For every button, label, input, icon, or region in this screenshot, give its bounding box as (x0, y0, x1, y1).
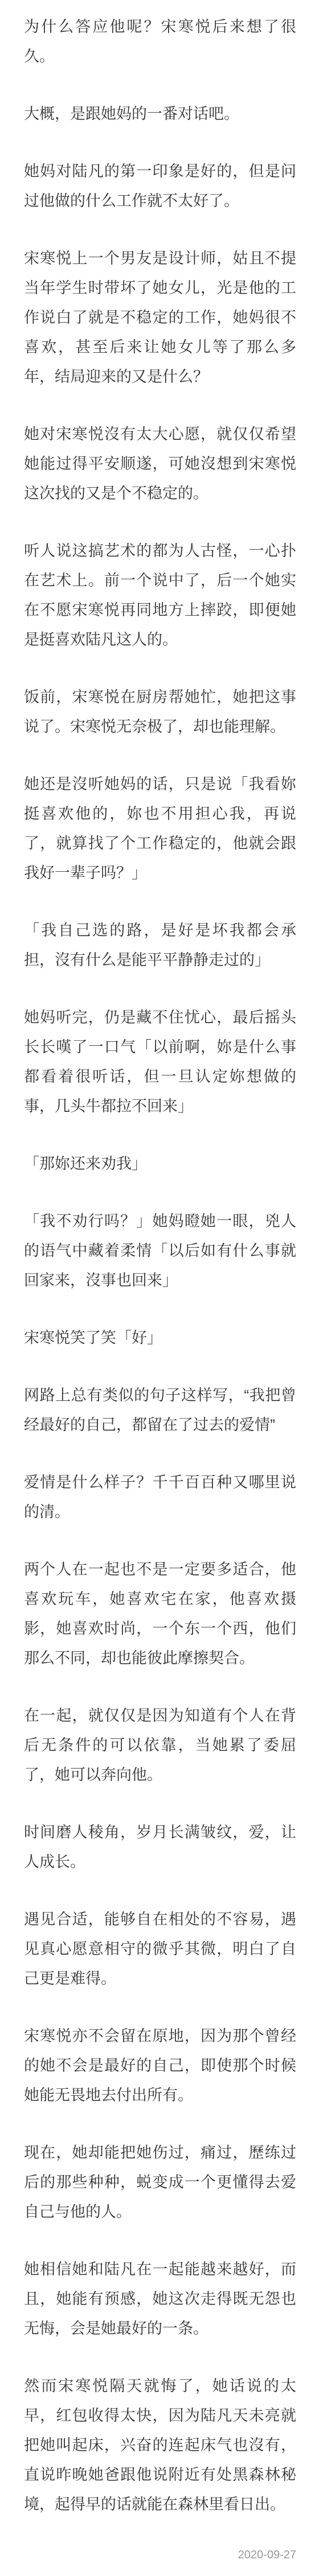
paragraph: 现在，她却能把她伤过，痛过，歷练过后的那些种种，蜕变成一个更懂得去爱自己与他的人… (24, 2138, 296, 2227)
paragraph: 为什么答应他呢？宋寒悦后来想了很久。 (24, 12, 296, 71)
paragraph: 她相信她和陆凡在一起能越来越好，而且，她能有预感，她这次走得既无怨也无悔，会是她… (24, 2254, 296, 2343)
paragraph: 她对宋寒悦沒有太大心愿，就仅仅希望她能过得平安顺遂，可她沒想到宋寒悦这次找的又是… (24, 419, 296, 508)
paragraph: 宋寒悦上一个男友是设计师，姑且不提当年学生时带坏了她女儿，光是他的工作说白了就是… (24, 244, 296, 391)
paragraph: 宋寒悦笑了笑「好」 (24, 1323, 296, 1353)
paragraph: 爱情是什么样子？千千百百种又哪里说的清。 (24, 1468, 296, 1527)
paragraph: 听人说这搞艺术的都为人古怪，一心扑在艺术上。前一个说中了，后一个她实在不愿宋寒悦… (24, 536, 296, 654)
paragraph: 然而宋寒悦隔天就悔了，她话说的太早，红包收得太快，因为陆凡天未亮就把她叫起床，兴… (24, 2371, 296, 2519)
paragraph: 网路上总有类似的句子这样写，“我把曾经最好的自己，都留在了过去的爱情” (24, 1380, 296, 1440)
paragraph: 她还是沒听她妈的话，只是说「我看妳挺喜欢他的，妳也不用担心我，再说了，就算找了个… (24, 769, 296, 888)
paragraph-dialogue: 「我不劝行吗？」她妈瞪她一眼，兇人的语气中藏着柔情「以后如有什么事就回家来，沒事… (24, 1206, 296, 1295)
paragraph: 饭前，宋寒悦在厨房帮她忙，她把这事说了。宋寒悦无奈极了，却也能理解。 (24, 682, 296, 741)
paragraph: 她妈听完，仍是藏不住忧心，最后摇头长长嘆了一口气「以前啊，妳是什么事都看着很听话… (24, 1003, 296, 1121)
paragraph-dialogue: 「我自己选的路，是好是坏我都会承担，沒有什么是能平平静静走过的」 (24, 916, 296, 975)
publish-date: 2020-09-27 (24, 2547, 296, 2563)
article-body: 为什么答应他呢？宋寒悦后来想了很久。 大概，是跟她妈的一番对话吧。 她妈对陆凡的… (24, 12, 296, 2563)
paragraph: 时间磨人稜角，岁月长满皱纹，爱，让人成长。 (24, 1817, 296, 1877)
paragraph: 宋寒悦亦不会留在原地，因为那个曾经的她不会是最好的自己，即使那个时候她能无畏地去… (24, 2021, 296, 2110)
paragraph-dialogue: 「那妳还来劝我」 (24, 1149, 296, 1178)
reader-page: 为什么答应他呢？宋寒悦后来想了很久。 大概，是跟她妈的一番对话吧。 她妈对陆凡的… (0, 0, 319, 2576)
paragraph: 她妈对陆凡的第一印象是好的，但是问过他做的什么工作就不太好了。 (24, 156, 296, 216)
paragraph: 大概，是跟她妈的一番对话吧。 (24, 99, 296, 129)
paragraph: 遇见合适，能够自在相处的不容易，遇见真心愿意相守的微乎其微，明白了自己更是难得。 (24, 1905, 296, 1993)
paragraph: 在一起，就仅仅是因为知道有个人在背后无条件的可以依靠，当她累了委屈了，她可以奔向… (24, 1701, 296, 1790)
paragraph: 两个人在一起也不是一定要多适合，他喜欢玩车，她喜欢宅在家，他喜欢摄影，她喜欢时尚… (24, 1555, 296, 1673)
